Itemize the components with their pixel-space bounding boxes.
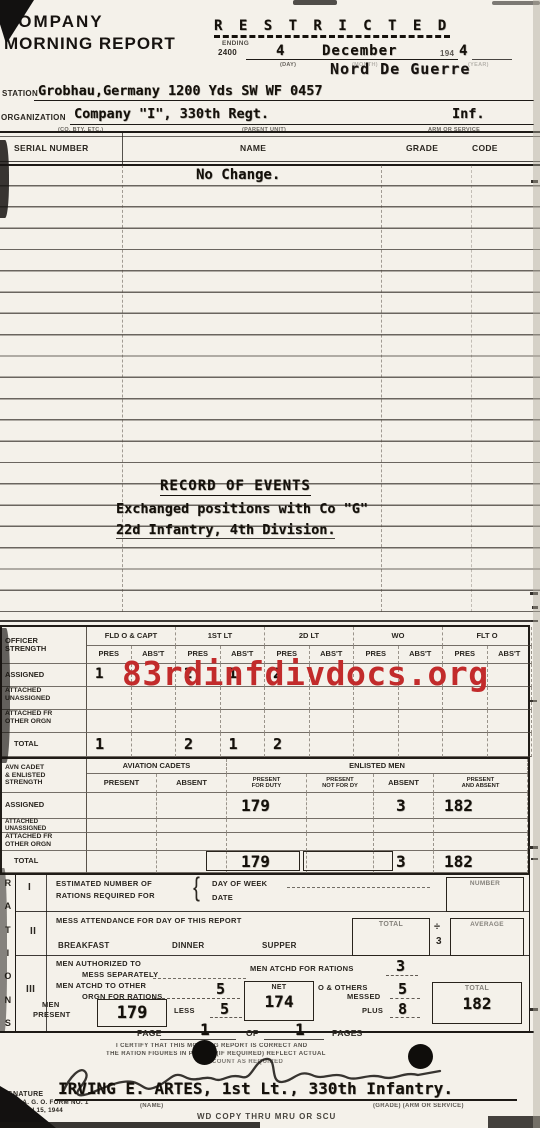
scan-artifact-edge	[0, 868, 7, 1033]
censor-stamp: Nord De Guerre	[330, 60, 470, 78]
officer-row-label-assigned: ASSIGNED	[2, 664, 87, 687]
others-label2: MESSED	[347, 992, 380, 1001]
enlisted-cell	[157, 793, 227, 819]
day-sublabel: (DAY)	[280, 62, 296, 68]
divider-line	[0, 620, 533, 622]
others-messed-value: 5	[398, 980, 407, 998]
estimated-rations-label2: RATIONS REQUIRED FOR	[56, 891, 155, 900]
officer-row-label-attached-fr: ATTACHED FR OTHER ORGN	[2, 710, 87, 733]
row-label-line: OTHER ORGN	[5, 718, 51, 726]
officer-group-1st-lt: 1ST LT	[176, 627, 265, 646]
organization-underline	[70, 124, 534, 125]
station-value: Grobhau,Germany 1200 Yds SW WF 0457	[38, 83, 322, 99]
form-title-line2: MORNING REPORT	[4, 34, 176, 54]
mess-separately-blank	[153, 978, 246, 979]
enlisted-table-header: AVN CADET & ENLISTED STRENGTH	[2, 759, 87, 793]
officer-cell	[443, 733, 488, 757]
rations-border	[15, 875, 16, 1032]
breakfast-label: BREAKFAST	[58, 941, 110, 950]
enlisted-cell	[87, 793, 157, 819]
mess-total-box: TOTAL	[352, 918, 430, 956]
col-cadets-absent: ABSENT	[157, 774, 227, 793]
scan-artifact	[293, 0, 337, 5]
men-atchd-rations-value: 3	[396, 957, 405, 975]
roster-column-separator	[122, 165, 124, 612]
page-underline	[264, 1039, 324, 1040]
col-enlisted-absent: ABSENT	[374, 774, 434, 793]
roster-col-serial: SERIAL NUMBER	[14, 143, 89, 153]
row-label-line: & ENLISTED	[5, 772, 45, 780]
officer-group-flt-o: FLT O	[443, 627, 532, 646]
distribution-note: WD COPY THRU MRU OR SCU	[197, 1112, 336, 1121]
scan-artifact-edge	[0, 140, 9, 218]
date-day-value: 4	[276, 43, 284, 59]
officer-cell	[310, 733, 355, 757]
pages-label: PAGES	[332, 1028, 363, 1038]
day-of-week-label: DAY OF WEEK	[212, 879, 267, 888]
divider-line	[0, 136, 540, 137]
roster-header-separator	[122, 133, 123, 164]
total-present-duty-box	[206, 851, 300, 871]
officer-cell	[354, 710, 399, 733]
value-underline	[390, 1017, 420, 1018]
officer-cell: 1	[87, 733, 132, 757]
organization-label: ORGANIZATION	[1, 113, 66, 122]
of-label: OF	[246, 1028, 258, 1038]
officer-cell: 2	[176, 733, 221, 757]
date-label: DATE	[212, 893, 233, 902]
enlisted-cell: 182	[434, 851, 528, 873]
enlisted-cell	[157, 833, 227, 851]
enlisted-cell	[227, 819, 307, 833]
total-not-duty-box	[303, 851, 393, 871]
officer-cell	[399, 733, 444, 757]
row-label-line: UNASSIGNED	[5, 826, 46, 833]
others-label1: O & OTHERS	[318, 983, 368, 992]
section-i-numeral: I	[28, 882, 31, 893]
enlisted-cell	[307, 833, 374, 851]
officer-group-fldo-capt: FLD O & CAPT	[87, 627, 176, 646]
net-label: NET	[245, 984, 313, 991]
roster-col-grade: GRADE	[406, 143, 438, 153]
enlisted-cell	[374, 833, 434, 851]
enlisted-row-label-assigned: ASSIGNED	[2, 793, 87, 819]
number-box-label: NUMBER	[447, 880, 523, 887]
officer-cell	[132, 733, 177, 757]
officer-cell: 1	[221, 733, 266, 757]
officer-cell	[176, 710, 221, 733]
year-prefix: 194	[440, 49, 454, 58]
row-label-line: ATTACHED FR	[5, 833, 52, 841]
page-value: 1	[200, 1020, 210, 1039]
officer-group-2d-lt: 2D LT	[265, 627, 354, 646]
col-label-line: NOT FOR DY	[322, 783, 358, 789]
enlisted-row-label-attached-unassigned: ATTACHED UNASSIGNED	[2, 819, 87, 833]
enlisted-cell: 3	[374, 793, 434, 819]
officer-cell	[488, 687, 533, 710]
officer-cell: 2	[265, 733, 310, 757]
men-atchd-other-value: 5	[216, 980, 225, 998]
officer-cell	[310, 710, 355, 733]
year-underline	[472, 59, 512, 60]
men-authorized-label2: MESS SEPARATELY	[82, 970, 158, 979]
scan-artifact-edge	[0, 628, 10, 763]
officer-cell	[221, 710, 266, 733]
col-present-and-absent: PRESENT AND ABSENT	[434, 774, 528, 793]
officer-cell	[443, 710, 488, 733]
enlisted-row-label-attached-fr: ATTACHED FR OTHER ORGN	[2, 833, 87, 851]
date-month-value: December	[322, 43, 397, 59]
station-label: STATION	[2, 89, 38, 98]
ruled-lines-region	[0, 165, 540, 612]
net-box: NET 174	[244, 981, 314, 1021]
officer-cell	[399, 710, 444, 733]
officer-table-header: OFFICER STRENGTH	[2, 627, 87, 664]
signature-name: IRVING E. ARTES, 1st Lt., 330th Infantry…	[58, 1079, 453, 1098]
scan-artifact-edge	[0, 1122, 260, 1128]
divider-line	[0, 161, 540, 162]
group-enlisted-men: ENLISTED MEN	[227, 759, 528, 774]
date-year-value: 4	[459, 43, 467, 59]
value-underline	[390, 998, 420, 999]
officer-subcol-abst: ABS'T	[488, 646, 533, 664]
enlisted-cell: 182	[434, 793, 528, 819]
enlisted-cell	[307, 793, 374, 819]
officer-cell	[265, 710, 310, 733]
row-label-line: AVN CADET	[5, 764, 44, 772]
officer-cell	[87, 710, 132, 733]
section-ii-numeral: II	[30, 926, 36, 937]
col-label-line: FOR DUTY	[252, 783, 282, 789]
rations-total-value: 182	[433, 994, 521, 1013]
enlisted-cell	[307, 819, 374, 833]
organization-value: Company "I", 330th Regt.	[74, 106, 269, 122]
col-cadets-present: PRESENT	[87, 774, 157, 793]
enlisted-cell	[87, 851, 157, 873]
divide-sign: ÷	[434, 921, 440, 933]
ending-time: 2400	[218, 48, 237, 57]
grade-arm-sublabel: (GRADE) (ARM OR SERVICE)	[373, 1103, 464, 1109]
morning-report-document: COMPANY MORNING REPORT R E S T R I C T E…	[0, 0, 540, 1128]
enlisted-cell	[434, 819, 528, 833]
row-label-line: ATTACHED	[5, 687, 41, 695]
events-title: RECORD OF EVENTS	[160, 478, 311, 496]
mess-total-label: TOTAL	[353, 921, 429, 928]
name-sublabel: (NAME)	[140, 1103, 163, 1109]
scan-artifact-band	[533, 0, 540, 1128]
mess-attendance-title: MESS ATTENDANCE FOR DAY OF THIS REPORT	[56, 916, 242, 925]
officer-cell	[132, 710, 177, 733]
brace-glyph: {	[193, 872, 200, 903]
enlisted-row-label-total: TOTAL	[2, 851, 87, 873]
supper-label: SUPPER	[262, 941, 297, 950]
less-value: 5	[220, 1000, 229, 1018]
present-label: PRESENT	[33, 1010, 71, 1019]
row-label-line: OTHER ORGN	[5, 841, 51, 849]
enlisted-cell	[87, 819, 157, 833]
men-atchd-other-label1: MEN ATCHD TO OTHER	[56, 981, 146, 990]
events-line1: Exchanged positions with Co "G"	[116, 501, 368, 517]
day-of-week-blank	[287, 887, 430, 888]
men-present-box: 179	[97, 999, 167, 1027]
station-underline	[34, 100, 534, 101]
col-label-line: AND ABSENT	[462, 783, 500, 789]
row-label-line: ATTACHED FR	[5, 710, 52, 718]
value-underline	[210, 1017, 242, 1018]
officer-header-line2: STRENGTH	[5, 645, 46, 653]
rations-total-box: TOTAL 182	[432, 982, 522, 1024]
rations-total-label: TOTAL	[433, 985, 521, 992]
year-sublabel: (YEAR)	[468, 62, 489, 68]
group-aviation-cadets: AVIATION CADETS	[87, 759, 227, 774]
enlisted-cell: 179	[227, 793, 307, 819]
roster-column-separator	[381, 165, 383, 612]
roster-entry: No Change.	[196, 167, 280, 183]
officer-group-wo: WO	[354, 627, 443, 646]
arm-service-value: Inf.	[452, 106, 485, 122]
men-present-value: 179	[117, 1003, 148, 1023]
men-authorized-label1: MEN AUTHORIZED TO	[56, 959, 141, 968]
rations-bottom-line	[0, 1031, 534, 1033]
roster-column-separator	[471, 165, 473, 612]
roster-col-code: CODE	[472, 143, 498, 153]
estimated-rations-label1: ESTIMATED NUMBER OF	[56, 879, 152, 888]
officer-row-label-total: TOTAL	[2, 733, 87, 757]
officer-cell	[354, 733, 399, 757]
number-box: NUMBER	[446, 877, 524, 912]
classification-stamp: R E S T R I C T E D	[214, 18, 450, 38]
plus-value: 8	[398, 1000, 407, 1018]
events-line2: 22d Infantry, 4th Division.	[116, 522, 335, 539]
website-watermark: 83rdinfdivdocs.org	[122, 654, 489, 693]
col-present-for-duty: PRESENT FOR DUTY	[227, 774, 307, 793]
page-label: PAGE	[137, 1028, 162, 1038]
enlisted-cell	[227, 833, 307, 851]
enlisted-cell	[434, 833, 528, 851]
men-atchd-rations-label: MEN ATCHD FOR RATIONS	[250, 964, 354, 973]
col-present-not-for-duty: PRESENT NOT FOR DY	[307, 774, 374, 793]
ending-label: ENDING	[222, 40, 249, 47]
enlisted-cell	[87, 833, 157, 851]
page-underline	[160, 1039, 236, 1040]
dinner-label: DINNER	[172, 941, 204, 950]
divider-line	[0, 131, 540, 133]
officer-cell	[488, 733, 533, 757]
officer-cell	[488, 710, 533, 733]
enlisted-cell	[374, 819, 434, 833]
section-iii-numeral: III	[26, 984, 35, 995]
pages-total-value: 1	[295, 1020, 305, 1039]
average-box-label: AVERAGE	[451, 921, 523, 928]
divide-by-three: 3	[436, 936, 442, 947]
value-underline	[386, 975, 418, 976]
plus-label: PLUS	[362, 1006, 383, 1015]
row-label-line: STRENGTH	[5, 779, 42, 787]
roster-col-name: NAME	[240, 143, 266, 153]
less-label: LESS	[174, 1006, 195, 1015]
officer-row-label-attached-unassigned: ATTACHED UNASSIGNED	[2, 687, 87, 710]
row-label-line: UNASSIGNED	[5, 695, 50, 703]
net-value: 174	[245, 992, 313, 1011]
vertical-letter: I	[7, 948, 10, 958]
officer-cell	[488, 664, 533, 687]
enlisted-cell	[157, 819, 227, 833]
average-box: AVERAGE	[450, 918, 524, 956]
men-label: MEN	[42, 1000, 60, 1009]
